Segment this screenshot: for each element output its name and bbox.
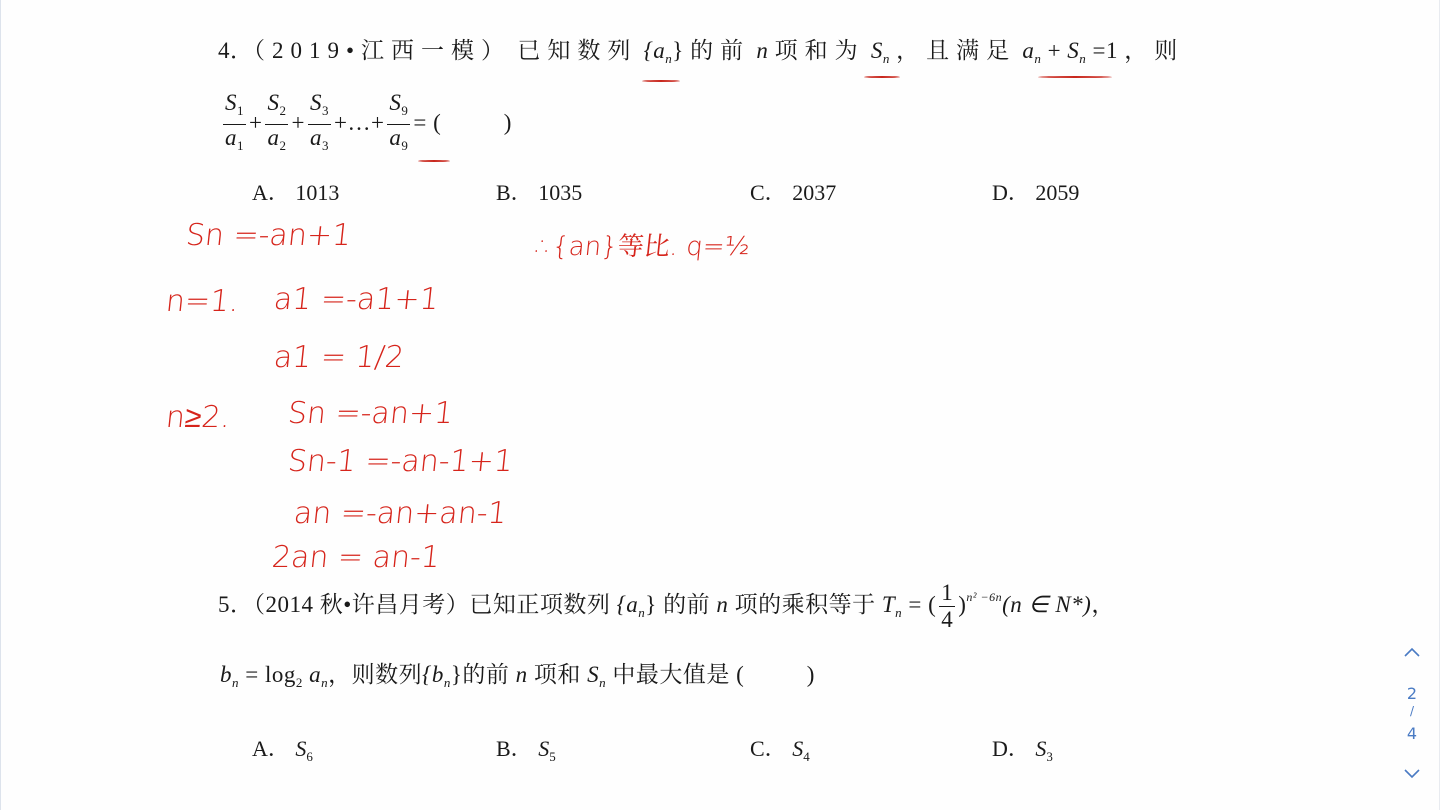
q4-option-c: C． 2037 (750, 176, 836, 207)
document-page: 4．（2019•江西一模） 已知数列 {an} 的前 n 项和为 Sn ，且满足… (0, 0, 1440, 810)
den-sub: 3 (322, 138, 329, 153)
q5-seq-close: } (645, 592, 657, 617)
q4-plus: + (1048, 38, 1061, 63)
q5-comma: ， (1091, 592, 1115, 617)
q4-n: n (756, 38, 768, 63)
q5-option-b: B． S5 (496, 732, 556, 765)
q4-stem: 4．（2019•江西一模） 已知数列 {an} 的前 n 项和为 Sn ，且满足… (218, 32, 1184, 67)
annotation-underline (1038, 76, 1112, 78)
num-sub: 2 (279, 103, 286, 118)
handwritten-line: an =-an+an-1 (292, 496, 508, 531)
q4-number: 4． (218, 38, 254, 63)
q5-T: T (882, 592, 895, 617)
option-value: S (295, 736, 306, 761)
option-sub: 3 (1046, 749, 1053, 764)
option-value: S (1035, 736, 1046, 761)
q4-option-a: A． 1013 (252, 176, 339, 207)
page-separator: / (1395, 704, 1429, 718)
handwritten-line: Sn =-an+1 (184, 218, 353, 253)
den-sub: 1 (237, 138, 244, 153)
q4-text: 的前 (690, 38, 750, 63)
q5-text: 项的乘积等于 (735, 592, 876, 617)
q4-text: ，则 (1124, 38, 1184, 63)
b: b (220, 662, 232, 687)
option-label: A． (252, 736, 290, 761)
handwritten-line: a1 =-a1+1 (272, 282, 440, 317)
q4-seq-close: } (672, 38, 684, 63)
q5-line2: bn = log2 an，则数列{bn}的前 n 项和 Sn 中最大值是 ( ) (220, 656, 815, 691)
q4-cond-a: a (1022, 38, 1034, 63)
den: a (267, 125, 279, 150)
option-value: 2037 (792, 180, 836, 205)
option-value: S (538, 736, 549, 761)
q5-option-d: D． S3 (992, 732, 1053, 765)
q4-source: （2019•江西一模） (254, 38, 512, 63)
q5-eq: = ( (908, 592, 936, 617)
q5-seq: {a (617, 592, 639, 617)
seq-sub: n (444, 675, 451, 690)
current-page: 2 (1395, 684, 1429, 703)
page-navigator: 2 / 4 (1395, 640, 1429, 785)
den: a (225, 125, 237, 150)
fraction-term: S3a3 (308, 90, 331, 159)
option-label: B． (496, 736, 533, 761)
text: 项和 (534, 662, 581, 687)
S-sub: n (599, 675, 606, 690)
seq-close: } (451, 662, 463, 687)
option-value: 1013 (295, 180, 339, 205)
S: S (587, 662, 599, 687)
q5-frac-den: 4 (939, 607, 955, 633)
handwritten-condition: n=1. (164, 284, 240, 319)
plus: + (291, 110, 304, 135)
q4-text: ，且满足 (896, 38, 1016, 63)
option-sub: 5 (549, 749, 556, 764)
option-label: B． (496, 180, 533, 205)
option-label: D． (992, 180, 1030, 205)
q4-cond-S-sub: n (1079, 51, 1086, 66)
q4-S: S (871, 38, 883, 63)
handwritten-note: ∴{an}等比. q=½ (534, 226, 752, 263)
den: a (310, 125, 322, 150)
q5-T-sub: n (895, 605, 902, 620)
answer-blank: = ( ) (413, 110, 512, 135)
fraction-term: S9a9 (387, 90, 410, 159)
chevron-up-icon[interactable] (1403, 644, 1421, 662)
annotation-underline (418, 160, 450, 162)
num-sub: 3 (322, 103, 329, 118)
log-base: 2 (296, 675, 303, 690)
q5-option-a: A． S6 (252, 732, 313, 765)
handwritten-line: Sn =-an+1 (286, 396, 455, 431)
q4-seq: {a (644, 38, 666, 63)
text: 的前 (462, 662, 509, 687)
option-value: 2059 (1035, 180, 1079, 205)
q4-expression: S1a1+S2a2+S3a3+…+S9a9= ( ) (220, 90, 512, 159)
log: = log (245, 662, 296, 687)
q5-text: 的前 (663, 592, 710, 617)
text: 中最大值是 ( ) (612, 662, 815, 687)
q5-number: 5． (218, 592, 254, 617)
text: ，则数列 (328, 662, 422, 687)
q4-cond-a-sub: n (1034, 51, 1041, 66)
num: S (225, 90, 237, 115)
q4-text: 项和为 (775, 38, 865, 63)
option-label: C． (750, 180, 787, 205)
option-sub: 4 (803, 749, 810, 764)
q5-source: （2014 秋•许昌月考） (254, 592, 470, 617)
seq: {b (422, 662, 444, 687)
annotation-underline (864, 76, 900, 78)
handwritten-line: a1 = 1/2 (272, 340, 406, 375)
fraction-term: S1a1 (223, 90, 246, 159)
chevron-down-icon[interactable] (1403, 764, 1421, 782)
plus: + (249, 110, 262, 135)
a: a (309, 662, 321, 687)
q4-S-sub: n (883, 51, 890, 66)
handwritten-line: Sn-1 =-an-1+1 (286, 444, 515, 479)
q4-text: 已知数列 (517, 38, 637, 63)
annotation-underline (642, 80, 680, 82)
q4-option-b: B． 1035 (496, 176, 582, 207)
n: n (516, 662, 528, 687)
num: S (389, 90, 401, 115)
q5-fraction: 14 (939, 580, 955, 633)
q4-option-d: D． 2059 (992, 176, 1079, 207)
option-label: D． (992, 736, 1030, 761)
q5-n: n (716, 592, 728, 617)
den-sub: 2 (279, 138, 286, 153)
num: S (310, 90, 322, 115)
option-sub: 6 (306, 749, 313, 764)
q5-exponent: n² −6n (966, 590, 1002, 604)
q4-cond-S: S (1067, 38, 1079, 63)
q5-frac-num: 1 (939, 580, 955, 607)
den-sub: 9 (401, 138, 408, 153)
num-sub: 9 (401, 103, 408, 118)
fraction-term: S2a2 (265, 90, 288, 159)
q4-eq: =1 (1093, 38, 1118, 63)
option-label: A． (252, 180, 290, 205)
total-pages: 4 (1395, 724, 1429, 743)
den: a (389, 125, 401, 150)
q5-option-c: C． S4 (750, 732, 810, 765)
handwritten-line: 2an = an-1 (270, 540, 442, 575)
q5-text: 已知正项数列 (469, 592, 610, 617)
ellipsis: +…+ (334, 110, 384, 135)
num: S (267, 90, 279, 115)
handwritten-condition: n≥2. (164, 400, 232, 435)
option-label: C． (750, 736, 787, 761)
b-sub: n (232, 675, 239, 690)
option-value: S (792, 736, 803, 761)
q5-stem: 5．（2014 秋•许昌月考）已知正项数列 {an} 的前 n 项的乘积等于 T… (218, 580, 1115, 633)
num-sub: 1 (237, 103, 244, 118)
option-value: 1035 (538, 180, 582, 205)
q5-domain: (n ∈ N*) (1002, 592, 1091, 617)
